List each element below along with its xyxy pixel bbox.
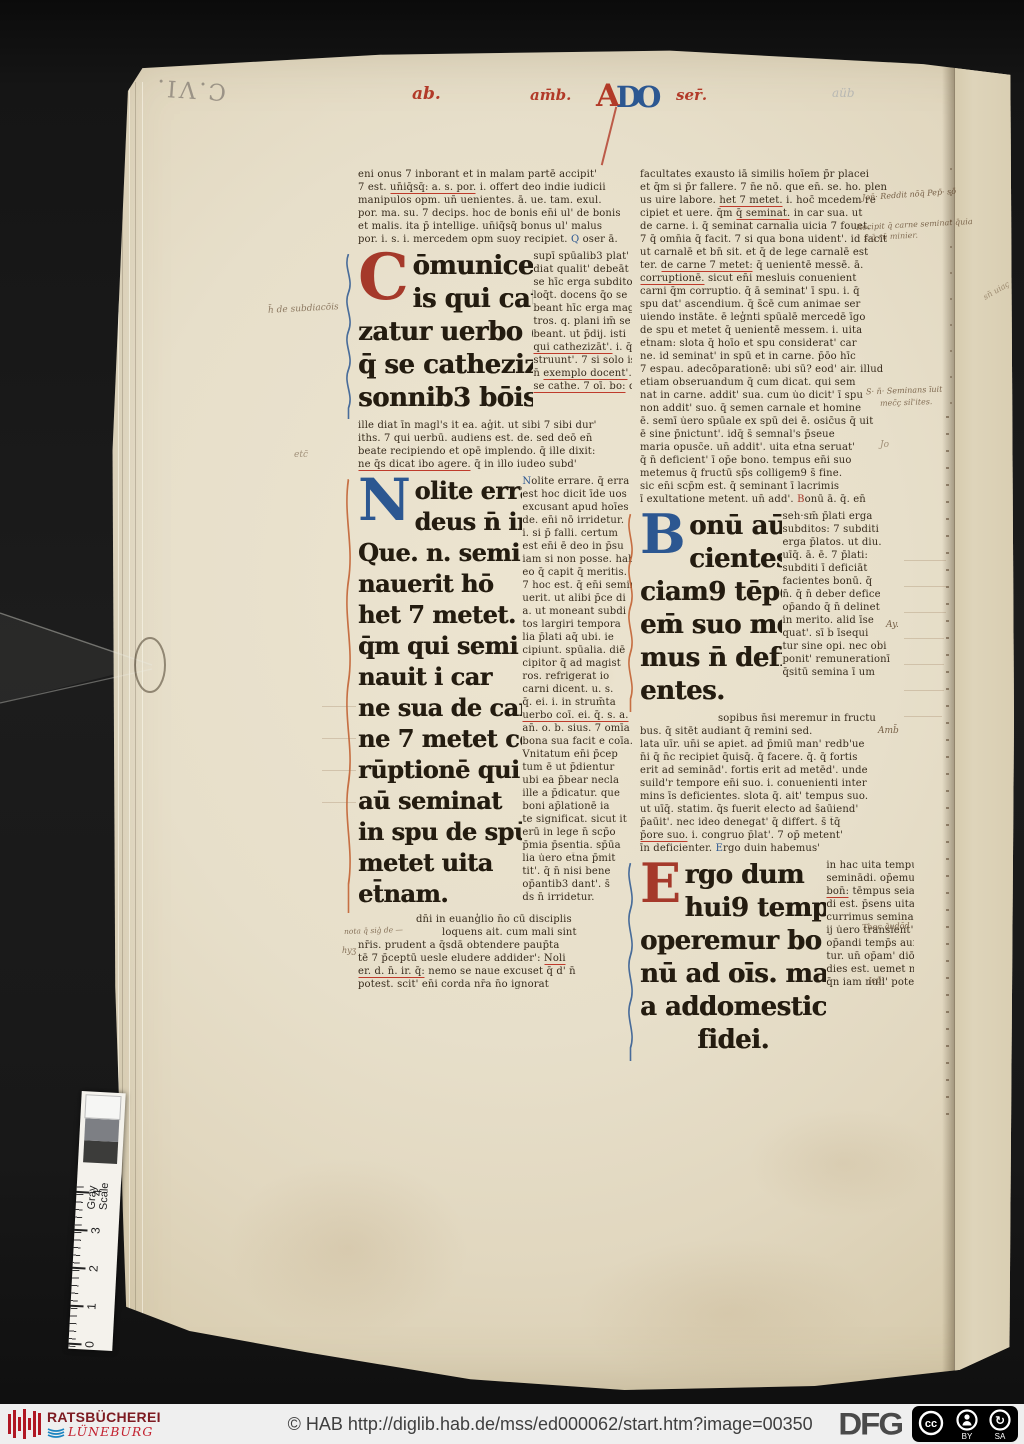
running-header: ab. am̄b. A DO ser̄. aüb	[108, 78, 1014, 138]
lemma-line: nū ad oīs. max9	[640, 958, 826, 991]
cc-license-badge: cc BY ↻ SA	[912, 1406, 1018, 1442]
lemma-line: Que. n. semi	[358, 537, 522, 568]
marginal-note: Jo	[880, 440, 889, 450]
parchment-stain	[578, 1238, 878, 1388]
lemma-line: hui9 temp9	[685, 892, 827, 925]
marginal-note: etc̄	[294, 450, 308, 460]
lemma-gloss-block: Bonū aūt facientes n̄ deficiam9 tēporeem…	[640, 510, 914, 708]
gloss-line: tros. q. plani im̄ se	[533, 315, 632, 328]
gloss-line: 7 hoc est. q̄ en̄i semina	[522, 579, 632, 592]
dfg-logo: DFG	[838, 1406, 902, 1442]
gloss-line: non addit' suo. q̄ semen carnale et homi…	[640, 402, 914, 415]
marginal-note: Thoc q̄udōd	[862, 921, 910, 932]
lemma-line: operemur bo	[640, 925, 826, 958]
ruling-line	[904, 638, 944, 639]
gloss-line: ros. refrigerat io	[522, 670, 632, 683]
gloss-line: boni ap̄lationē ia	[522, 800, 632, 813]
gloss-line: sic en̄i scp̄m est. q̄ seminant ī lacrim…	[640, 480, 914, 493]
header-amb: am̄b.	[530, 86, 571, 104]
gloss-line: cipitor q̄ ad magist	[522, 657, 632, 670]
gloss-block: ille diat īn magl's it ea. ag̔it. ut sib…	[358, 419, 632, 471]
gloss-line: n̄ exemplo docent'. ei9	[533, 367, 632, 380]
lemma-initial: N	[358, 477, 411, 525]
patch-mid	[84, 1118, 119, 1142]
gloss-block: sopibus n̄si meremur in fructubus. q̄ si…	[640, 712, 914, 855]
gloss-line: erga p̄latos. ut diu.	[782, 536, 914, 549]
gloss-line: īn deficienter. Ergo duin habemus'	[640, 842, 914, 855]
library-book-icon	[47, 1426, 65, 1439]
gloss-line: tum ē ut p̄dientur	[522, 761, 632, 774]
gloss-line: beant hīc erga magis	[533, 302, 632, 315]
gloss-line: cipiet et uere. q̄m q̄ seminat. in car s…	[640, 207, 914, 220]
lemma-line: olite errare	[415, 475, 523, 506]
lemma-gloss-block: Cōmunicet q̄is qui cathezizatur uerbo ei…	[358, 250, 632, 415]
gloss-line: nr̄is. prudent a q̄sdā obtendere paup̄ta	[358, 939, 632, 952]
gloss-line: lata uīr. un̄i se apiet. ad p̄miū man' r…	[640, 738, 914, 751]
gloss-line: n̄i q̄ n̄c recipiet q̄uisq̄. q̄ facere. …	[640, 751, 914, 764]
gloss-line: ē. semī u̇ero spūale ex spū dei ē. osic̄…	[640, 415, 914, 428]
gloss-line: iths. 7 qui uerbū. audiens est. de. sed …	[358, 432, 632, 445]
gloss-line: subditos: 7 subditi	[782, 523, 914, 536]
gloss-line: erū in lege n̄ scp̄o	[522, 826, 632, 839]
gloss-line: tē 7 p̄ceptū uesle eludere addider': Nol…	[358, 952, 632, 965]
gloss-line: a. ut moneant subdi	[522, 605, 632, 618]
gloss-line: tos largiri tempora	[522, 618, 632, 631]
header-ser: ser̄.	[676, 86, 707, 104]
ruler-number: 1	[84, 1303, 98, 1310]
marginal-note: Ay.	[886, 620, 899, 630]
lemma-line: a addomesticos	[640, 991, 826, 1024]
gloss-line: op̄ando q̄ n̄ delinet	[782, 601, 914, 614]
lemma-line: q̄ se cathezizat	[358, 349, 533, 382]
interlinear-gloss-block: seh·sm̄ p̄lati ergasubditos: 7 subditier…	[782, 510, 914, 679]
ruler-ticks: 0 1 2 3 4	[68, 1209, 119, 1351]
gloss-line: et malis. ita p̄ intellige. un̄iq̄sq̄ bo…	[358, 220, 632, 233]
gloss-line: est en̄i ē deo in p̄su	[522, 540, 632, 553]
gloss-line: op̄antib3 dant'. s̄	[522, 878, 632, 891]
lemma-line: is qui cathezi	[412, 283, 533, 316]
svg-text:↻: ↻	[995, 1414, 1005, 1428]
header-ab: ab.	[412, 84, 441, 104]
lemma-block: Bonū aūt facientes n̄ deficiam9 tēporeem…	[640, 510, 782, 708]
gloss-line: bus. q̄ sitēt audiant q̄ remini sed.	[640, 725, 914, 738]
gloss-line: tur sine opi. nec ob̄i	[782, 640, 914, 653]
lemma-line: ōmunicet q̄	[412, 250, 533, 283]
gloss-line: struunt'. 7 si solo iste	[533, 354, 632, 367]
gloss-line: corruptionē. sicut en̄i mesluis conuenie…	[640, 272, 914, 285]
lemma-line: rgo dum	[685, 859, 827, 892]
gloss-line: n̄. q̄ n̄ deber defice	[782, 588, 914, 601]
ruling-line	[322, 770, 356, 771]
gloss-line: ponit' remunerationī	[782, 653, 914, 666]
gloss-line: uerbo coī. ei. q̄. s. a.	[522, 709, 632, 722]
gloss-line: qui cathezizāt'. i. q̄	[533, 341, 632, 354]
gloss-line: te significat. sicut it	[522, 813, 632, 826]
library-name: RATSBÜCHEREI	[47, 1410, 161, 1424]
gloss-line: maria opusc̄e. un̄ addit'. uita et̄na se…	[640, 441, 914, 454]
gloss-line: op̄andi temp̄s aufer	[826, 937, 914, 950]
gray-scale-ruler: 0 1 2 3 4 Gray Scale	[68, 1091, 125, 1351]
gloss-line: uiendo instāte. ē leg̔nti spūalē mercedē…	[640, 311, 914, 324]
gloss-line: p̄mia p̄sentia. sp̄ūa	[522, 839, 632, 852]
gloss-line: ubi ea p̄bear necla	[522, 774, 632, 787]
gloss-line: suild'r tempore en̄i suo. i. conuenienti…	[640, 777, 914, 790]
header-offset-ghost: aüb	[832, 86, 855, 100]
parchment-stain	[748, 1108, 938, 1218]
lemma-line: onū aūt fa	[689, 510, 782, 543]
gloss-line: seminādi. op̄emur	[826, 872, 914, 885]
marginal-note: Amb̄	[878, 726, 899, 736]
lemma-line: entes.	[640, 675, 782, 708]
ruling-line	[322, 802, 356, 803]
gloss-line: mins īs deficientes. slota q̄. ait' temp…	[640, 790, 914, 803]
gloss-block: eni onus 7 inborant et in malam partē ac…	[358, 168, 632, 246]
lemma-line: zatur uerbo ei	[358, 316, 533, 349]
ruler-number: 4	[90, 1189, 104, 1196]
film-strip	[0, 585, 480, 725]
gloss-line: ille diat īn magl's it ea. ag̔it. ut sib…	[358, 419, 632, 432]
text-column: eni onus 7 inborant et in malam partē ac…	[358, 168, 632, 995]
gloss-line: uīq̄. ā. ē. 7 p̄lati:	[782, 549, 914, 562]
gloss-line: di est. p̄sens uita ē	[826, 898, 914, 911]
lemma-initial: C	[358, 252, 408, 304]
library-city: LÜNEBURG	[68, 1426, 153, 1439]
gloss-line: q̄. ei. i. in strum̄ta	[522, 696, 632, 709]
gloss-line: d̄s n̄ irridetur.	[522, 891, 632, 904]
gloss-line: subditi ī deficiāt	[782, 562, 914, 575]
gloss-line: dies est. uemet nox	[826, 963, 914, 976]
gloss-line: eni onus 7 inborant et in malam partē ac…	[358, 168, 632, 181]
lemma-line: cientes n̄ defi	[689, 543, 782, 576]
pen-flourish-icon	[624, 514, 637, 712]
gloss-line: beant. ut p̄dij. isti	[533, 328, 632, 341]
gloss-line: iam si non posse. hab	[522, 553, 632, 566]
lemma-line: et̄nam.	[358, 878, 522, 909]
gloss-line: metemus q̄ fructū sp̄s colligem9 s̄ fine…	[640, 467, 914, 480]
ruling-line	[322, 738, 356, 739]
lemma-line: in spu de spū	[358, 816, 522, 847]
cc-by-label: BY	[962, 1432, 973, 1441]
ruler-number: 0	[82, 1341, 96, 1348]
gloss-line: p̄aūit'. nec ideo denegat' q̄ differt. s…	[640, 816, 914, 829]
gloss-line: est hoc dicit īde uos	[522, 488, 632, 501]
gloss-line: facultates exausto iā similis hoīem p̄r …	[640, 168, 914, 181]
gloss-line: por. ma. su. 7 decips. hoc de bonis en̄i…	[358, 207, 632, 220]
gloss-line: de spu et metet q̄ uenientē messem. i. u…	[640, 324, 914, 337]
gloss-line: spu dat' ascendium. q̄ s̄cē cum animae s…	[640, 298, 914, 311]
ruling-line	[904, 690, 944, 691]
gloss-line: se hīc erga subditos	[533, 276, 632, 289]
gloss-line: ille a p̄dicatur. que	[522, 787, 632, 800]
gloss-line: q̄ n̄ deficient' ī op̄e bono. tempus en̄…	[640, 454, 914, 467]
gloss-line: bon̄: tēmpus seian	[826, 885, 914, 898]
lemma-line: rūptionē qui	[358, 754, 522, 785]
gloss-line: tit'. q̄ n̄ nisi bene	[522, 865, 632, 878]
gloss-line: an̄. o. b. sius. 7 omīa	[522, 722, 632, 735]
lemma-line: deus n̄ irridet.	[415, 506, 523, 537]
header-monogram-do: DO	[616, 80, 656, 114]
gloss-line: ne. id seminat' in spū et in carne. p̄ōo…	[640, 350, 914, 363]
gloss-line: er. d. n̄. ir. q̄: nemo se naue excuset …	[358, 965, 632, 978]
patch-dark	[83, 1140, 118, 1164]
pen-flourish-icon	[624, 863, 637, 1061]
gloss-line: lia p̄lati aq̄ ubi. ie	[522, 631, 632, 644]
gloss-line: seh·sm̄ p̄lati erga	[782, 510, 914, 523]
lemma-line: em̄ suo mete	[640, 609, 782, 642]
ruling-line	[904, 716, 942, 717]
lemma-line: ne 7 metet cor	[358, 723, 522, 754]
marginal-note: h̄ de subdiacōis	[268, 302, 339, 316]
gloss-line: ē sine p̄nictunt'. idq̄ s̄ semnal's p̄se…	[640, 428, 914, 441]
library-bars-icon	[8, 1407, 41, 1441]
marginal-note: Jep̄·	[868, 976, 884, 985]
copyright-url: © HAB http://diglib.hab.de/mss/ed000062/…	[262, 1414, 838, 1435]
gloss-line: ter. de carne 7 metet: q̄ uenientē messē…	[640, 259, 914, 272]
gloss-line: sopibus n̄si meremur in fructu	[640, 712, 914, 725]
lemma-line: sonnib3 bōis.	[358, 382, 533, 415]
gloss-line: manipulos opm. un̄ uenientes. ā. ue. tam…	[358, 194, 632, 207]
parchment-stain	[228, 1158, 468, 1338]
ruling-line	[904, 664, 944, 665]
gloss-line: de. en̄i nō irridetur.	[522, 514, 632, 527]
gloss-block: facultates exausto iā similis hoīem p̄r …	[640, 168, 914, 506]
digitized-manuscript-photo: { "colors":{"accent_red":"#a5392a","acce…	[0, 0, 1024, 1444]
gloss-line: erit ad seminād'. fortis erit ad metēd'.…	[640, 764, 914, 777]
library-logo: RATSBÜCHEREI LÜNEBURG	[0, 1407, 262, 1441]
gloss-line: 7 espau. adecōparationē: ubi sū? eod' ai…	[640, 363, 914, 376]
interlinear-gloss-block: Nolite errare. q̄ erraest hoc dicit īde …	[522, 475, 632, 904]
lemma-line: fidei.	[640, 1024, 826, 1057]
gloss-line: eo q̄ capit q̄ meritis.	[522, 566, 632, 579]
lemma-block: Cōmunicet q̄is qui cathezizatur uerbo ei…	[358, 250, 533, 415]
interlinear-gloss-block: supī spūalib3 plat'diat qualit' debeātse…	[533, 250, 632, 393]
marginal-note: hyʒ	[342, 946, 356, 955]
gloss-line: bona sua facit e coīa.	[522, 735, 632, 748]
pricking-holes	[946, 416, 949, 1116]
ruling-line	[904, 612, 946, 613]
ruler-number: 3	[88, 1227, 102, 1234]
gloss-line: tur. un̄ op̄am' diō q̄	[826, 950, 914, 963]
gloss-line: i. si p̄ falli. certum	[522, 527, 632, 540]
gloss-line: carni q̄m corruptio. q̄ ā seminat' ī spu…	[640, 285, 914, 298]
patch-white	[84, 1094, 121, 1120]
lemma-line: mus n̄ defici	[640, 642, 782, 675]
ruling-line	[904, 560, 946, 561]
gloss-line: potest. scit' en̄i corda nr̄a n̄o ignora…	[358, 978, 632, 991]
next-page-edge	[954, 64, 1015, 1374]
footer-bar: RATSBÜCHEREI LÜNEBURG © HAB http://digli…	[0, 1404, 1024, 1444]
gloss-line: excusant apud hoīes	[522, 501, 632, 514]
gloss-line: lia u̇ero et̄na p̄mit	[522, 852, 632, 865]
gloss-line: supī spūalib3 plat'	[533, 250, 632, 263]
gloss-line: se cathe. 7 oī. bo: que	[533, 380, 632, 393]
gloss-line: carni dicent. u. s.	[522, 683, 632, 696]
lemma-line: aū seminat	[358, 785, 522, 816]
gloss-line: loq̄t. docens q̄o se	[533, 289, 632, 302]
marginal-note: mec̄ç sil'ites.	[880, 397, 933, 408]
gloss-line: q̄sitū semina ī um	[782, 666, 914, 679]
gloss-line: 7 est. un̄iq̄sq̄: a. s. por. i. offert d…	[358, 181, 632, 194]
gloss-line: beate recipiendo et opē implendo. q̄ ill…	[358, 445, 632, 458]
lemma-initial: E	[640, 861, 681, 905]
lemma-line: metet uita	[358, 847, 522, 878]
lemma-gloss-block: Ergo dumhui9 temp9operemur bonū ad oīs. …	[640, 859, 914, 1057]
cc-sa-label: SA	[995, 1432, 1006, 1441]
gloss-line: uerit. ut alibi p̄ce di	[522, 592, 632, 605]
ruler-gray-patches	[78, 1091, 126, 1164]
pricking-holes	[950, 168, 952, 418]
gloss-line: diat qualit' debeāt	[533, 263, 632, 276]
marginal-note: S· n̄· Seminans īuit	[866, 385, 943, 397]
gloss-line: et̄nam: slota q̄ hoīo et spu considerat'…	[640, 337, 914, 350]
ruling-line	[904, 586, 946, 587]
gloss-line: Nolite errare. q̄ erra	[522, 475, 632, 488]
lemma-initial: B	[640, 512, 685, 556]
ruler-number: 2	[86, 1265, 100, 1272]
gloss-line: facientes bonū. q̄	[782, 575, 914, 588]
lemma-block: Ergo dumhui9 temp9operemur bonū ad oīs. …	[640, 859, 826, 1057]
gloss-line: ut uīq̄. statim. q̄s fuerit electo ad s̄…	[640, 803, 914, 816]
pen-flourish-icon	[342, 254, 355, 419]
svg-text:cc: cc	[925, 1418, 937, 1430]
gloss-line: in hac uita tempus	[826, 859, 914, 872]
gloss-line: dn̄i in euang̔lio n̄o cū disciplis	[358, 913, 632, 926]
gloss-line: cipiunt. spūalia. diē	[522, 644, 632, 657]
gloss-line: p̄ore suo. i. congruo p̄lat'. 7 op̄ mete…	[640, 829, 914, 842]
gloss-line: Vnitatum en̄i p̄cep	[522, 748, 632, 761]
lemma-line: ciam9 tēpore	[640, 576, 782, 609]
gloss-line: ut carnalē et bn̄ sit. et q̄ de lege car…	[640, 246, 914, 259]
